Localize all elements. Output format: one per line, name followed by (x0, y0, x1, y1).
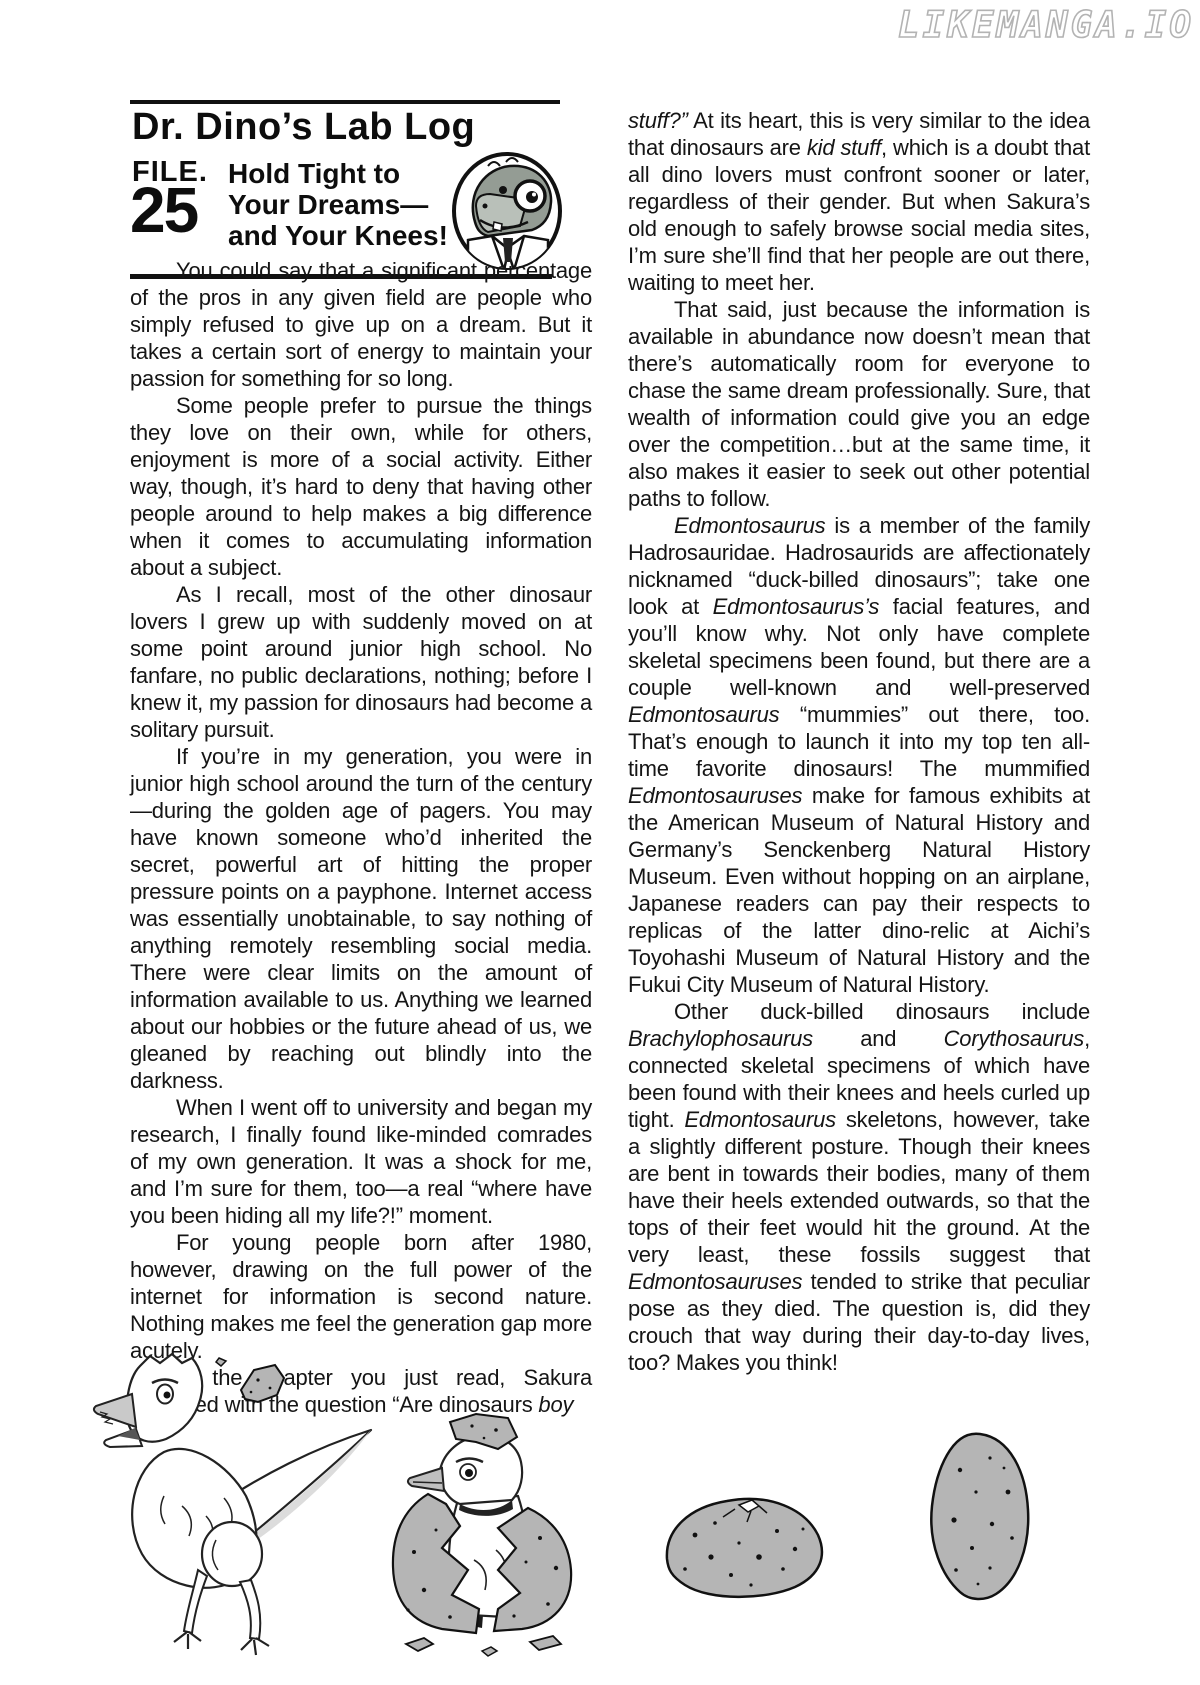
episode-title-line-2: Your Dreams— (228, 189, 448, 220)
text-run: Other duck-billed dinosaurs include (674, 999, 1090, 1024)
italic-text-run: Edmontosaurus (628, 702, 780, 727)
italic-text-run: Corythosaurus (944, 1026, 1084, 1051)
dr-dino-mascot-icon (448, 150, 566, 274)
page-title: Dr. Dino’s Lab Log (132, 106, 475, 149)
italic-text-run: Brachylophosaurus (628, 1026, 813, 1051)
speckled-egg-upright-illustration (920, 1428, 1038, 1606)
ground-shell-fragments-icon (406, 1636, 561, 1656)
file-number: 25 (130, 178, 197, 242)
text-run: When I went off to university and began … (130, 1095, 592, 1228)
paragraph: That said, just because the information … (628, 296, 1090, 512)
text-run: If you’re in my generation, you were in … (130, 744, 592, 1093)
eggshell-fragment-icon (216, 1358, 284, 1402)
episode-title: Hold Tight to Your Dreams— and Your Knee… (228, 158, 448, 251)
paragraph: stuff?” At its heart, this is very simil… (628, 107, 1090, 296)
site-watermark: LIKEMANGA.IO (898, 5, 1194, 46)
header-top-divider (130, 100, 560, 104)
right-column: stuff?” At its heart, this is very simil… (628, 107, 1090, 1376)
paragraph: As I recall, most of the other dinosaur … (130, 581, 592, 743)
italic-text-run: stuff?” (628, 108, 688, 133)
italic-text-run: Edmontosauruses (628, 783, 802, 808)
italic-text-run: Edmontosaurus’s (713, 594, 880, 619)
text-run: For young people born after 1980, howeve… (130, 1230, 592, 1363)
paragraph: For young people born after 1980, howeve… (130, 1229, 592, 1364)
baby-dinosaur-illustration (88, 1348, 378, 1658)
text-run: As I recall, most of the other dinosaur … (130, 582, 592, 742)
episode-title-line-3: and Your Knees! (228, 220, 448, 251)
speckled-egg-lying-illustration (655, 1487, 830, 1605)
hatching-egg-illustration (380, 1412, 590, 1657)
manga-essay-page: LIKEMANGA.IO Dr. Dino’s Lab Log FILE. 25… (0, 0, 1200, 1685)
left-column: You could say that a significant percent… (130, 257, 592, 1418)
italic-text-run: Edmontosaurus (674, 513, 826, 538)
italic-text-run: kid stuff (807, 135, 881, 160)
paragraph: Other duck-billed dinosaurs include Brac… (628, 998, 1090, 1376)
paragraph: If you’re in my generation, you were in … (130, 743, 592, 1094)
text-run: make for famous exhibits at the American… (628, 783, 1090, 997)
italic-text-run: Edmontosauruses (628, 1269, 802, 1294)
text-run: and (813, 1026, 944, 1051)
baby-dinosaur-icon (94, 1354, 371, 1655)
text-run: You could say that a significant percent… (130, 258, 592, 391)
paragraph: Some people prefer to pursue the things … (130, 392, 592, 581)
episode-title-line-1: Hold Tight to (228, 158, 448, 189)
paragraph: You could say that a significant percent… (130, 257, 592, 392)
italic-text-run: Edmontosaurus (684, 1107, 836, 1132)
paragraph: Edmontosaurus is a member of the family … (628, 512, 1090, 998)
text-run: Some people prefer to pursue the things … (130, 393, 592, 580)
paragraph: When I went off to university and began … (130, 1094, 592, 1229)
text-run: That said, just because the information … (628, 297, 1090, 511)
